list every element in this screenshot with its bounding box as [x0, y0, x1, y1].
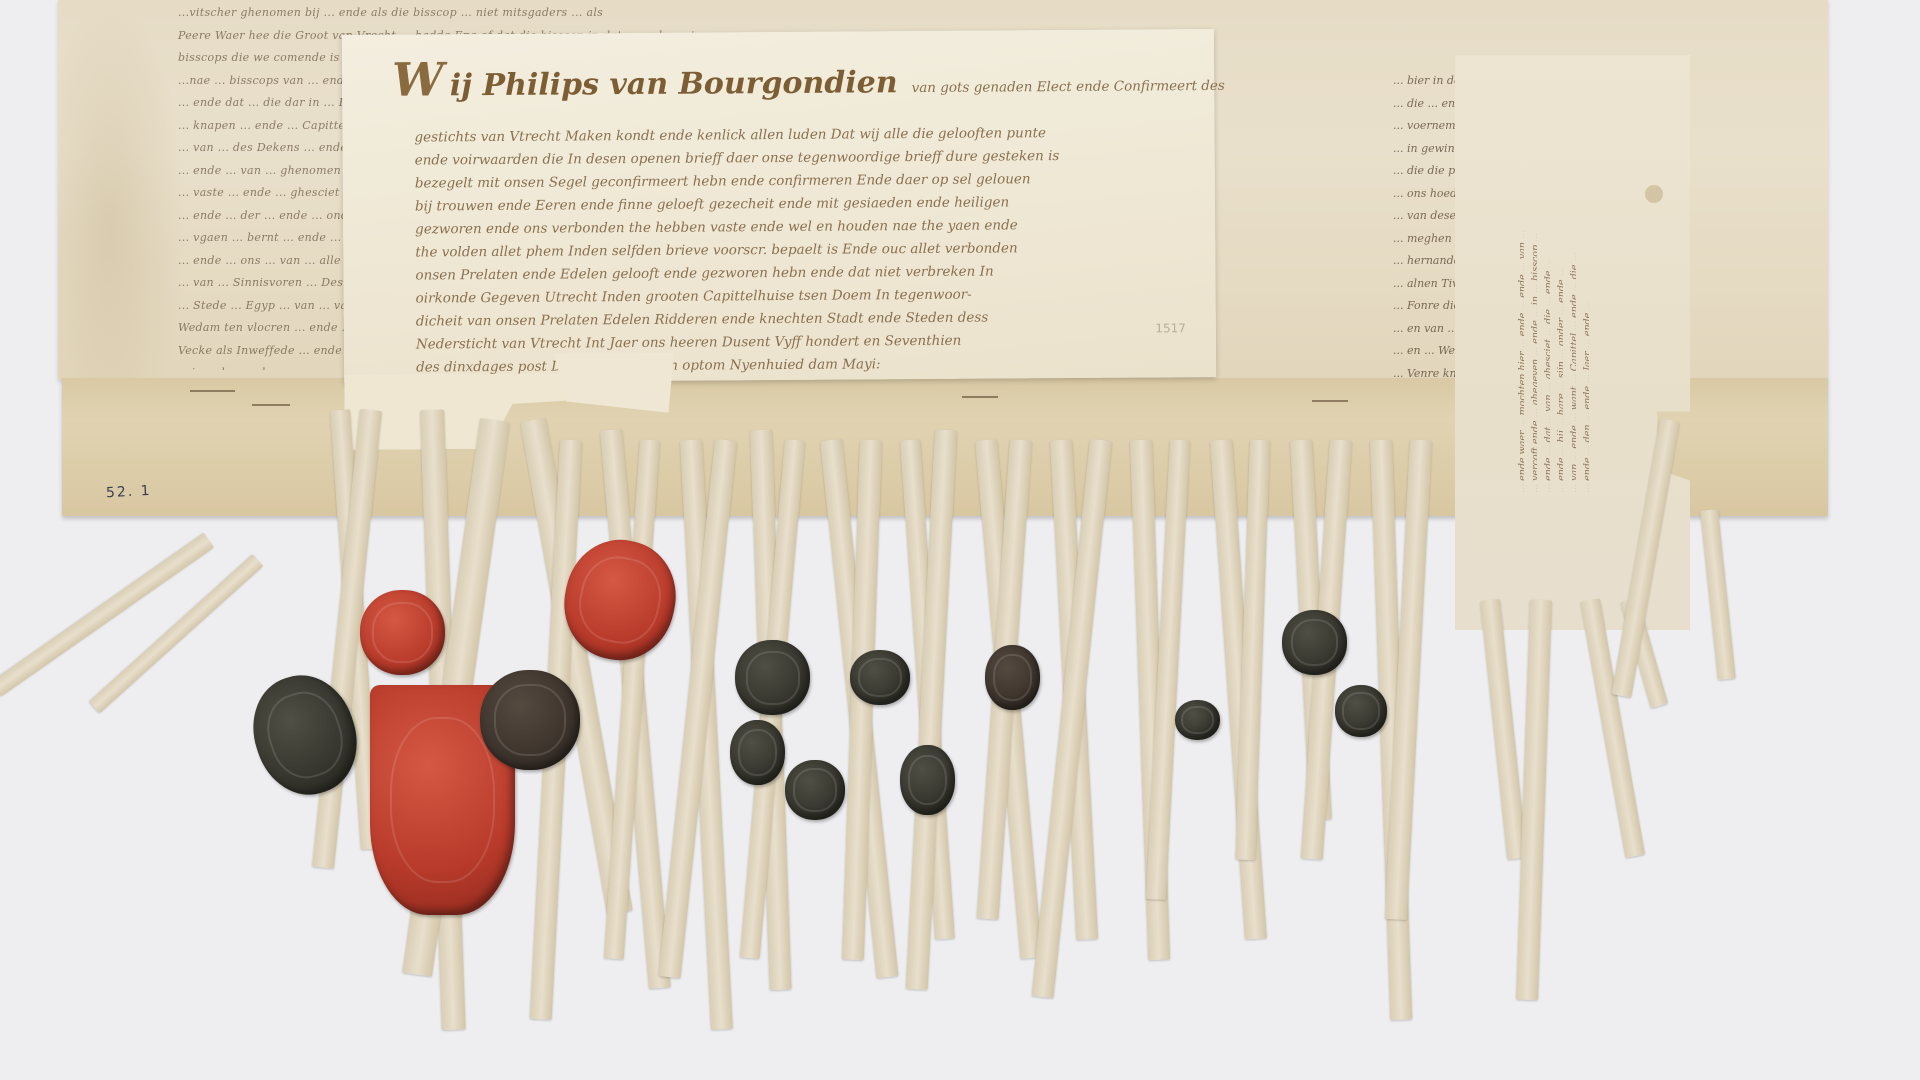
tag-slit: [1312, 400, 1348, 402]
parchment-tag: [1700, 509, 1736, 680]
parchment-stain: [58, 0, 188, 380]
tag-slit: [252, 404, 290, 406]
parchment-tag: [89, 554, 263, 713]
slip-text-column: ... ende ... bij ... hare ... sijn ... o…: [1556, 73, 1563, 493]
charter-heading: W ij Philips van Bourgondien van gots ge…: [392, 47, 1225, 107]
red-wax-seal: [360, 590, 445, 675]
charter-photograph: ...vitscher ghenomen bij ... ende als di…: [0, 0, 1920, 1080]
parchment-tag: [1516, 600, 1552, 1001]
pencil-date-mark: 1517: [1155, 321, 1186, 335]
dark-wax-seal: [850, 650, 910, 705]
slip-stain: [1645, 185, 1663, 203]
tag-slit: [962, 396, 998, 398]
slip-vertical-text: ... ende waer ... mochten hier ... ende …: [1517, 73, 1589, 493]
charter-body: gestichts van Vtrecht Maken kondt ende k…: [414, 121, 1196, 379]
dark-wax-seal: [1175, 700, 1220, 740]
dark-wax-seal: [1282, 610, 1347, 675]
heading-continuation: van gots genaden Elect ende Confirmeert …: [912, 78, 1225, 96]
dark-wax-seal: [785, 760, 845, 820]
tag-slit: [190, 390, 235, 392]
slip-text-column: ... van ... ende ... want ... Capittel .…: [1569, 73, 1576, 493]
dark-wax-seal: [735, 640, 810, 715]
dark-wax-seal: [730, 720, 785, 785]
slip-text-column: ... ende waer ... mochten hier ... ende …: [1517, 73, 1524, 493]
parchment-tag: [0, 533, 214, 697]
parchment-tag: [1480, 599, 1527, 860]
slip-text-column: ... vercoft ende ... ghegeven ... ende .…: [1530, 73, 1537, 493]
philip-van-bourgondien-charter: W ij Philips van Bourgondien van gots ge…: [342, 29, 1216, 383]
dark-wax-seal: [985, 645, 1040, 710]
main-charter-line: ...vitscher ghenomen bij ... ende als di…: [178, 2, 1798, 25]
dark-wax-seal: [480, 670, 580, 770]
dark-wax-seal: [1335, 685, 1387, 737]
dark-wax-seal: [900, 745, 955, 815]
decorated-initial: W: [392, 52, 438, 106]
slip-text-column: ... ende ... dat ... van ... ghesciet ..…: [1543, 73, 1550, 493]
issuer-name: ij Philips van Bourgondien: [450, 65, 898, 103]
slip-text-column: ... ende ... den ... ende ... Jaer ... e…: [1582, 73, 1589, 493]
archive-pencil-note: 52. 1: [106, 483, 152, 501]
